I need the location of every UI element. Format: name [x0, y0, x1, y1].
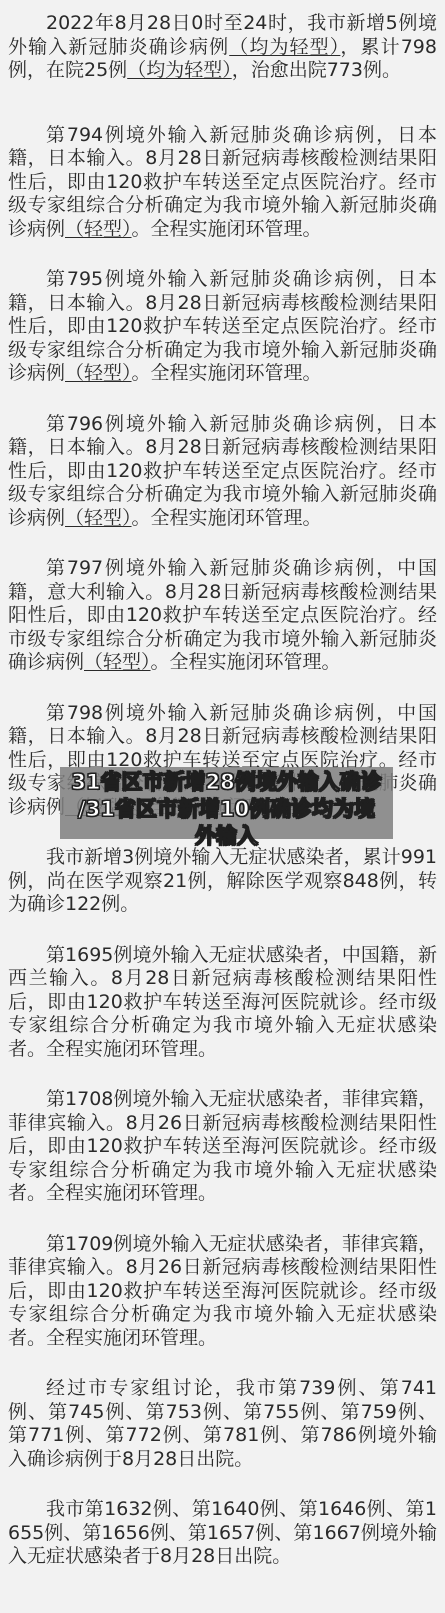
article-paragraph: 第795例境外输入新冠肺炎确诊病例，日本籍，日本输入。8月28日新冠病毒核酸检测… [8, 268, 437, 386]
article-paragraph: 第796例境外输入新冠肺炎确诊病例，日本籍，日本输入。8月28日新冠病毒核酸检测… [8, 413, 437, 531]
overlay-title-line-3: 外输入 [195, 823, 258, 850]
article-paragraph: 我市新增3例境外输入无症状感染者，累计991例，尚在医学观察21例，解除医学观察… [8, 846, 437, 917]
overlay-title-line-2: /31省区市新增10例确诊均为境 [78, 796, 375, 823]
article-paragraph: 2022年8月28日0时至24时，我市新增5例境外输入新冠肺炎确诊病例（均为轻型… [8, 12, 437, 83]
title-overlay: 31省区市新增28例境外输入确诊 /31省区市新增10例确诊均为境 外输入 [60, 767, 393, 839]
article-page: 2022年8月28日0时至24时，我市新增5例境外输入新冠肺炎确诊病例（均为轻型… [0, 0, 445, 1613]
article-paragraph: 第1708例境外输入无症状感染者，菲律宾籍，菲律宾输入。8月26日新冠病毒核酸检… [8, 1088, 437, 1206]
article-paragraph: 第1695例境外输入无症状感染者，中国籍，新西兰输入。8月28日新冠病毒核酸检测… [8, 944, 437, 1062]
article-paragraph: 我市第1632例、第1640例、第1646例、第1655例、第1656例、第16… [8, 1498, 437, 1569]
article-paragraph: 第1709例境外输入无症状感染者，菲律宾籍，菲律宾输入。8月26日新冠病毒核酸检… [8, 1233, 437, 1351]
article-paragraph: 经过市专家组讨论，我市第739例、第741例、第745例、第753例、第755例… [8, 1377, 437, 1471]
article-paragraph: 第794例境外输入新冠肺炎确诊病例，日本籍，日本输入。8月28日新冠病毒核酸检测… [8, 124, 437, 242]
article-paragraph: 第797例境外输入新冠肺炎确诊病例，中国籍，意大利输入。8月28日新冠病毒核酸检… [8, 557, 437, 675]
overlay-title-line-1: 31省区市新增28例境外输入确诊 [71, 769, 381, 796]
